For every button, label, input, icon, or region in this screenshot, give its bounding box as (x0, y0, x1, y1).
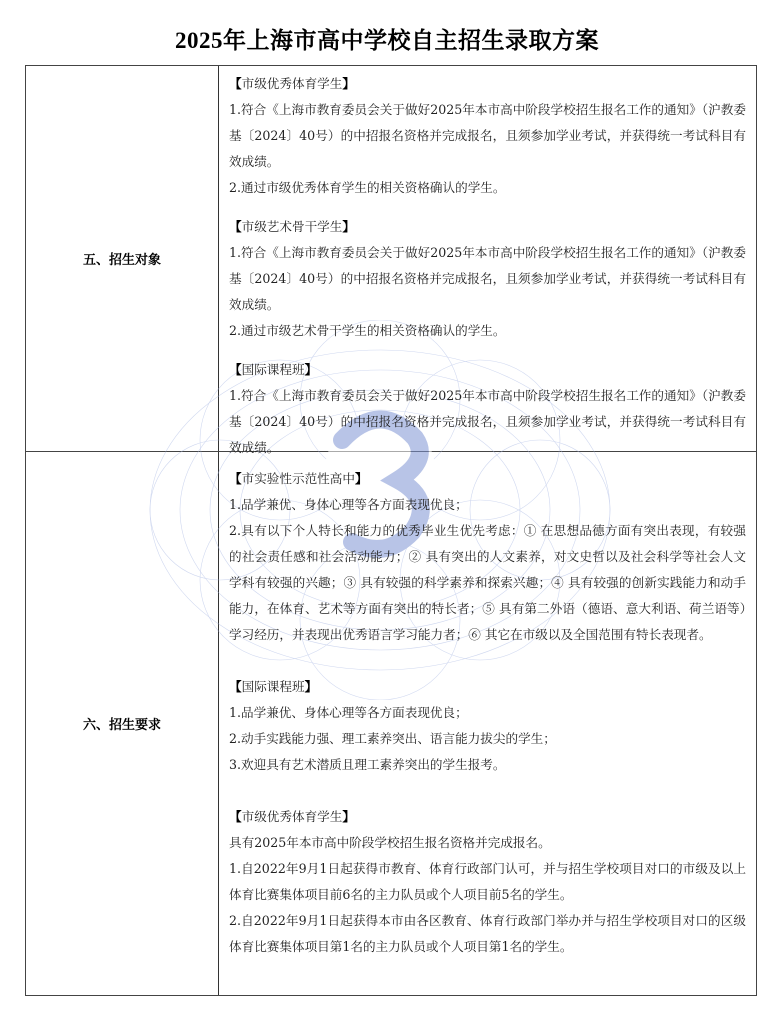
group-heading: 【市级艺术骨干学生】 (229, 214, 746, 240)
group-city-sports: 【市级优秀体育学生】 1.符合《上海市教育委员会关于做好2025年本市高中阶段学… (229, 71, 746, 201)
row-enrollment-targets: 五、招生对象 【市级优秀体育学生】 1.符合《上海市教育委员会关于做好2025年… (26, 66, 756, 452)
row-label: 六、招生要求 (26, 452, 219, 995)
requirement-line: 1.符合《上海市教育委员会关于做好2025年本市高中阶段学校招生报名工作的通知》… (229, 383, 746, 461)
requirement-line: 2.具有以下个人特长和能力的优秀毕业生优先考虑：① 在思想品德方面有突出表现，有… (229, 518, 746, 648)
row-content: 【市级优秀体育学生】 1.符合《上海市教育委员会关于做好2025年本市高中阶段学… (219, 66, 756, 451)
requirement-line: 1.自2022年9月1日起获得市教育、体育行政部门认可，并与招生学校项目对口的市… (229, 856, 746, 908)
group-heading: 【市级优秀体育学生】 (229, 804, 746, 830)
group-experimental-school: 【市实验性示范性高中】 1.品学兼优、身体心理等各方面表现优良； 2.具有以下个… (229, 466, 746, 648)
group-international: 【国际课程班】 1.符合《上海市教育委员会关于做好2025年本市高中阶段学校招生… (229, 357, 746, 461)
group-city-arts: 【市级艺术骨干学生】 1.符合《上海市教育委员会关于做好2025年本市高中阶段学… (229, 214, 746, 344)
group-heading: 【市级优秀体育学生】 (229, 71, 746, 97)
row-label: 五、招生对象 (26, 66, 219, 451)
requirement-line: 具有2025年本市高中阶段学校招生报名资格并完成报名。 (229, 830, 746, 856)
requirement-line: 2.自2022年9月1日起获得本市由各区教育、体育行政部门举办并与招生学校项目对… (229, 908, 746, 960)
requirement-line: 2.通过市级优秀体育学生的相关资格确认的学生。 (229, 175, 746, 201)
group-heading: 【市实验性示范性高中】 (229, 466, 746, 492)
requirement-line: 2.动手实践能力强、理工素养突出、语言能力拔尖的学生； (229, 726, 746, 752)
row-content: 【市实验性示范性高中】 1.品学兼优、身体心理等各方面表现优良； 2.具有以下个… (219, 452, 756, 995)
group-city-sports: 【市级优秀体育学生】 具有2025年本市高中阶段学校招生报名资格并完成报名。 1… (229, 804, 746, 960)
admission-table: 五、招生对象 【市级优秀体育学生】 1.符合《上海市教育委员会关于做好2025年… (25, 65, 757, 996)
group-international: 【国际课程班】 1.品学兼优、身体心理等各方面表现优良； 2.动手实践能力强、理… (229, 674, 746, 778)
group-heading: 【国际课程班】 (229, 357, 746, 383)
group-heading: 【国际课程班】 (229, 674, 746, 700)
requirement-line: 2.通过市级艺术骨干学生的相关资格确认的学生。 (229, 318, 746, 344)
document-title: 2025年上海市高中学校自主招生录取方案 (0, 22, 774, 55)
requirement-line: 3.欢迎具有艺术潜质且理工素养突出的学生报考。 (229, 752, 746, 778)
requirement-line: 1.符合《上海市教育委员会关于做好2025年本市高中阶段学校招生报名工作的通知》… (229, 97, 746, 175)
requirement-line: 1.品学兼优、身体心理等各方面表现优良； (229, 700, 746, 726)
row-enrollment-requirements: 六、招生要求 【市实验性示范性高中】 1.品学兼优、身体心理等各方面表现优良； … (26, 452, 756, 995)
requirement-line: 1.品学兼优、身体心理等各方面表现优良； (229, 492, 746, 518)
requirement-line: 1.符合《上海市教育委员会关于做好2025年本市高中阶段学校招生报名工作的通知》… (229, 240, 746, 318)
